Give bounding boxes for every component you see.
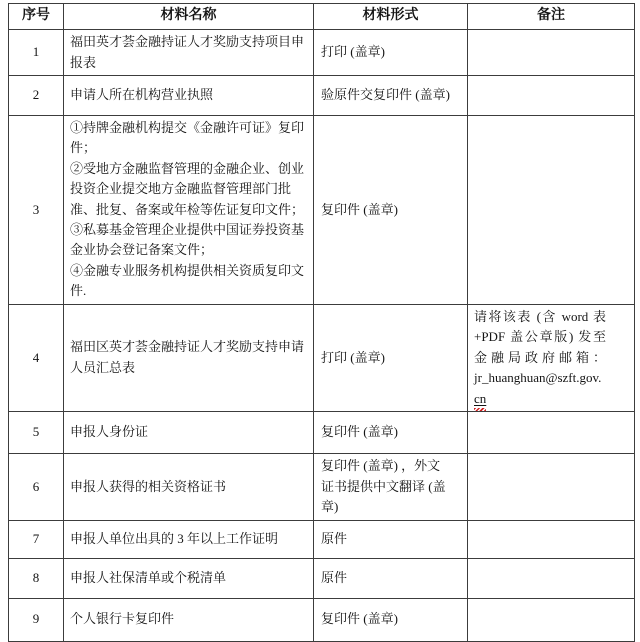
row-name: 申报人社保清单或个税清单 <box>64 558 314 598</box>
row-note <box>468 412 635 454</box>
table-row: 5 申报人身份证 复印件 (盖章) <box>9 412 635 454</box>
row-form: 打印 (盖章) <box>314 30 468 76</box>
row-form: 验原件交复印件 (盖章) <box>314 76 468 116</box>
row-form: 复印件 (盖章) <box>314 598 468 641</box>
row-name: 申报人单位出具的 3 年以上工作证明 <box>64 520 314 558</box>
row-note: 请将该表 (含 word 表+PDF 盖公章版) 发至金融局政府邮箱：jr_hu… <box>468 304 635 412</box>
row-note <box>468 598 635 641</box>
material-item: ②受地方金融监督管理的金融企业、创业投资企业提交地方金融监督管理部门批准、批复、… <box>70 159 307 220</box>
row-name: 个人银行卡复印件 <box>64 598 314 641</box>
row-note <box>468 30 635 76</box>
header-form: 材料形式 <box>314 4 468 30</box>
row-name: 福田区英才荟金融持证人才奖励支持申请人员汇总表 <box>64 304 314 412</box>
table-row: 9 个人银行卡复印件 复印件 (盖章) <box>9 598 635 641</box>
table-row: 4 福田区英才荟金融持证人才奖励支持申请人员汇总表 打印 (盖章) 请将该表 (… <box>9 304 635 412</box>
materials-table: 序号 材料名称 材料形式 备注 1 福田英才荟金融持证人才奖励支持项目申报表 打… <box>8 3 635 642</box>
row-note <box>468 116 635 305</box>
row-name: 福田英才荟金融持证人才奖励支持项目申报表 <box>64 30 314 76</box>
table-row: 3 ①持牌金融机构提交《金融许可证》复印件； ②受地方金融监督管理的金融企业、创… <box>9 116 635 305</box>
row-seq: 8 <box>9 558 64 598</box>
row-name: 申请人所在机构营业执照 <box>64 76 314 116</box>
row-note <box>468 558 635 598</box>
email-tail-spellcheck: cn <box>474 389 486 410</box>
email-text: jr_huanghuan@szft.gov. <box>474 370 601 385</box>
row-form: 复印件 (盖章) <box>314 116 468 305</box>
header-seq: 序号 <box>9 4 64 30</box>
row-seq: 7 <box>9 520 64 558</box>
row-note <box>468 76 635 116</box>
row-note <box>468 454 635 521</box>
row-seq: 9 <box>9 598 64 641</box>
row-seq: 6 <box>9 454 64 521</box>
row-seq: 3 <box>9 116 64 305</box>
row-seq: 2 <box>9 76 64 116</box>
row-form: 原件 <box>314 558 468 598</box>
row-form: 打印 (盖章) <box>314 304 468 412</box>
header-name: 材料名称 <box>64 4 314 30</box>
row-note <box>468 520 635 558</box>
note-text: 请将该表 (含 word 表+PDF 盖公章版) 发至金融局政府邮箱： <box>474 309 606 365</box>
table-row: 1 福田英才荟金融持证人才奖励支持项目申报表 打印 (盖章) <box>9 30 635 76</box>
row-name: 申报人获得的相关资格证书 <box>64 454 314 521</box>
header-note: 备注 <box>468 4 635 30</box>
row-seq: 5 <box>9 412 64 454</box>
material-item: ①持牌金融机构提交《金融许可证》复印件； <box>70 118 307 159</box>
row-name: ①持牌金融机构提交《金融许可证》复印件； ②受地方金融监督管理的金融企业、创业投… <box>64 116 314 305</box>
document-page: 序号 材料名称 材料形式 备注 1 福田英才荟金融持证人才奖励支持项目申报表 打… <box>0 0 640 637</box>
row-form: 复印件 (盖章) ，外文证书提供中文翻译 (盖章) <box>314 454 468 521</box>
row-form: 原件 <box>314 520 468 558</box>
row-name: 申报人身份证 <box>64 412 314 454</box>
table-row: 7 申报人单位出具的 3 年以上工作证明 原件 <box>9 520 635 558</box>
table-row: 6 申报人获得的相关资格证书 复印件 (盖章) ，外文证书提供中文翻译 (盖章) <box>9 454 635 521</box>
row-form: 复印件 (盖章) <box>314 412 468 454</box>
row-seq: 4 <box>9 304 64 412</box>
table-header-row: 序号 材料名称 材料形式 备注 <box>9 4 635 30</box>
row-seq: 1 <box>9 30 64 76</box>
table-row: 8 申报人社保清单或个税清单 原件 <box>9 558 635 598</box>
material-item: ④金融专业服务机构提供相关资质复印文件. <box>70 261 307 302</box>
material-item: ③私募基金管理企业提供中国证券投资基金业协会登记备案文件； <box>70 220 307 261</box>
table-row: 2 申请人所在机构营业执照 验原件交复印件 (盖章) <box>9 76 635 116</box>
